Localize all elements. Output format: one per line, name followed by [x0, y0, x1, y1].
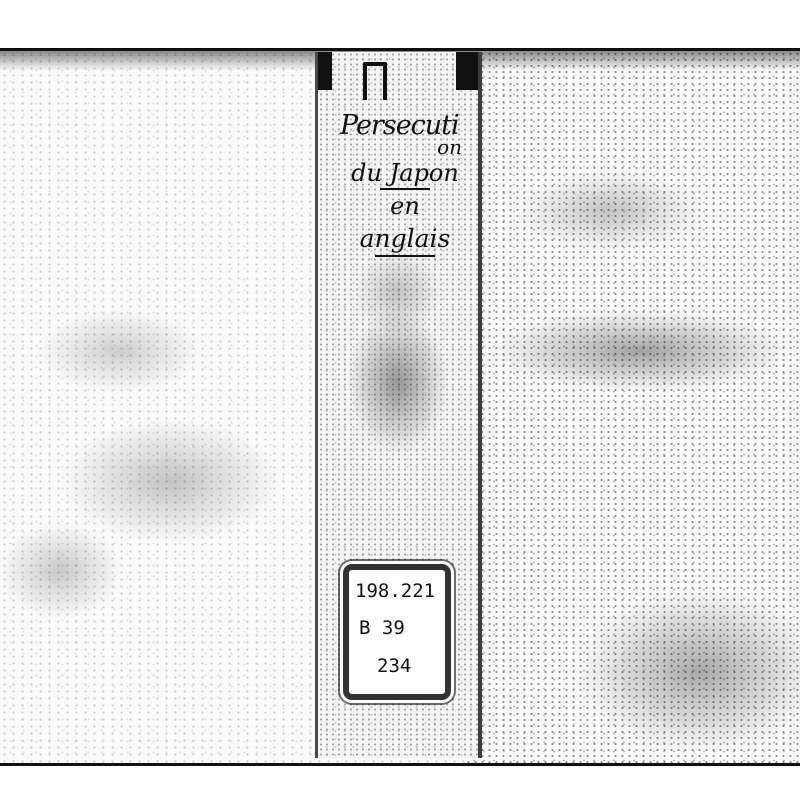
spine-headcap	[318, 52, 478, 90]
title-underline	[380, 188, 430, 190]
call-number-class: 198.221	[355, 580, 445, 602]
title-line-3: du Japon	[340, 161, 470, 185]
spine-handwritten-title: Persecuti on du Japon en anglais	[340, 112, 470, 257]
call-number-item: 234	[377, 655, 445, 677]
book-spine: Persecuti on du Japon en anglais 198.221…	[315, 52, 482, 758]
call-number-cutter: B 39	[359, 617, 445, 639]
title-underline-2	[375, 255, 435, 257]
leather-texture-back	[465, 51, 800, 763]
spine-bracket-mark	[363, 62, 387, 100]
shelf-mark-label: 198.221 B 39 234	[343, 564, 451, 700]
title-line-4: en	[340, 194, 470, 218]
title-line-5: anglais	[340, 226, 470, 251]
